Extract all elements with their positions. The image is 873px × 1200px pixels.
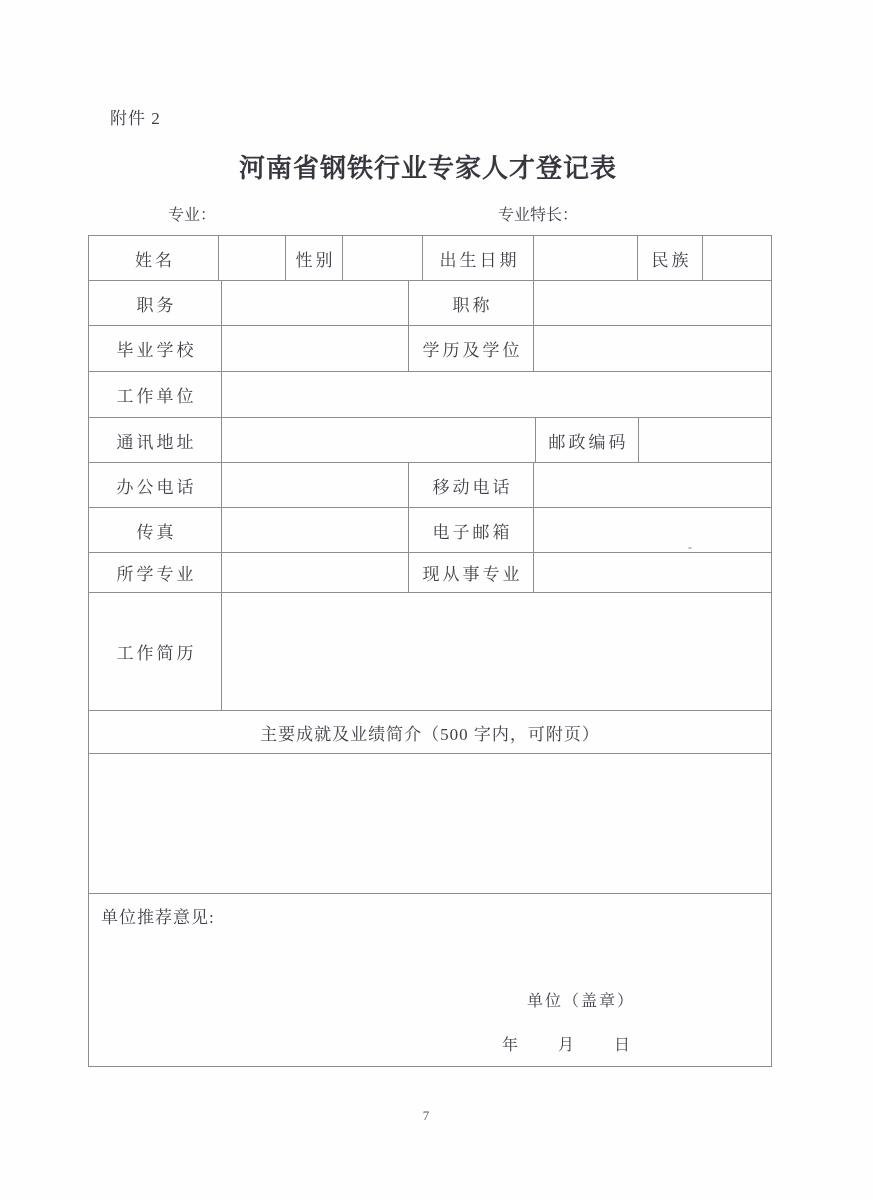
- attachment-label: 附件 2: [110, 104, 161, 129]
- education-degree-value-cell: [534, 326, 771, 371]
- achievements-header-row: 主要成就及业绩简介（500 字内，可附页）: [89, 711, 771, 754]
- mailing-address-value-cell: [222, 418, 536, 462]
- position-value-cell: [222, 281, 409, 325]
- achievements-header: 主要成就及业绩简介（500 字内，可附页）: [260, 720, 600, 745]
- unit-seal-label: 单位（盖章）: [527, 988, 635, 1011]
- email-value-cell: [534, 508, 771, 552]
- recommendation-label: 单位推荐意见:: [101, 903, 215, 928]
- ethnicity-value-cell: [703, 236, 771, 280]
- table-row-fax-email: 传真 电子邮箱: [89, 508, 771, 553]
- mobile-phone-label: 移动电话: [409, 463, 534, 507]
- ethnicity-label: 民族: [638, 236, 703, 280]
- work-resume-label: 工作简历: [89, 593, 222, 710]
- achievements-value-cell: [89, 754, 771, 893]
- office-phone-label: 办公电话: [89, 463, 222, 507]
- studied-major-label: 所学专业: [89, 553, 222, 592]
- office-phone-value-cell: [222, 463, 409, 507]
- birth-date-value-cell: [534, 236, 638, 280]
- prof-title-value-cell: [534, 281, 771, 325]
- work-unit-label: 工作单位: [89, 372, 222, 417]
- table-row-address: 通讯地址 邮政编码: [89, 418, 771, 463]
- scan-speck: [688, 547, 692, 549]
- table-row-work-unit: 工作单位: [89, 372, 771, 418]
- table-row-basic-identity: 姓名 性别 出生日期 民族: [89, 236, 771, 281]
- year-label: 年: [502, 1032, 518, 1055]
- position-label: 职务: [89, 281, 222, 325]
- mailing-address-label: 通讯地址: [89, 418, 222, 462]
- table-row-work-resume: 工作简历: [89, 593, 771, 711]
- major-label: 专业：: [168, 202, 216, 225]
- achievements-text-area: [89, 754, 771, 894]
- email-label: 电子邮箱: [409, 508, 534, 552]
- name-label: 姓名: [89, 236, 219, 280]
- gender-label: 性别: [286, 236, 343, 280]
- graduate-school-label: 毕业学校: [89, 326, 222, 371]
- studied-major-value-cell: [222, 553, 409, 592]
- current-major-label: 现从事专业: [409, 553, 534, 592]
- table-row-education: 毕业学校 学历及学位: [89, 326, 771, 372]
- date-line: 年 月 日: [502, 1032, 630, 1055]
- page-number: 7: [0, 1108, 852, 1124]
- recommendation-row: 单位推荐意见: 单位（盖章） 年 月 日: [89, 894, 771, 1066]
- form-title: 河南省钢铁行业专家人才登记表: [0, 148, 856, 185]
- name-value-cell: [219, 236, 286, 280]
- work-resume-value-cell: [222, 593, 771, 710]
- gender-value-cell: [343, 236, 423, 280]
- graduate-school-value-cell: [222, 326, 409, 371]
- specialty-label: 专业特长：: [498, 202, 578, 225]
- day-label: 日: [614, 1032, 630, 1055]
- table-row-position: 职务 职称: [89, 281, 771, 326]
- postal-code-value-cell: [639, 418, 771, 462]
- registration-table: 姓名 性别 出生日期 民族 职务 职称 毕业学校 学历及学位 工作单位: [88, 235, 772, 1067]
- current-major-value-cell: [534, 553, 771, 592]
- mobile-phone-value-cell: [534, 463, 771, 507]
- fax-value-cell: [222, 508, 409, 552]
- education-degree-label: 学历及学位: [409, 326, 534, 371]
- birth-date-label: 出生日期: [423, 236, 534, 280]
- scanned-form-page: 附件 2 河南省钢铁行业专家人才登记表 专业： 专业特长： 姓名 性别 出生日期…: [0, 0, 873, 1200]
- prof-title-label: 职称: [409, 281, 534, 325]
- table-row-majors: 所学专业 现从事专业: [89, 553, 771, 593]
- month-label: 月: [558, 1032, 574, 1055]
- fax-label: 传真: [89, 508, 222, 552]
- table-row-phones: 办公电话 移动电话: [89, 463, 771, 508]
- postal-code-label: 邮政编码: [536, 418, 639, 462]
- work-unit-value-cell: [222, 372, 771, 417]
